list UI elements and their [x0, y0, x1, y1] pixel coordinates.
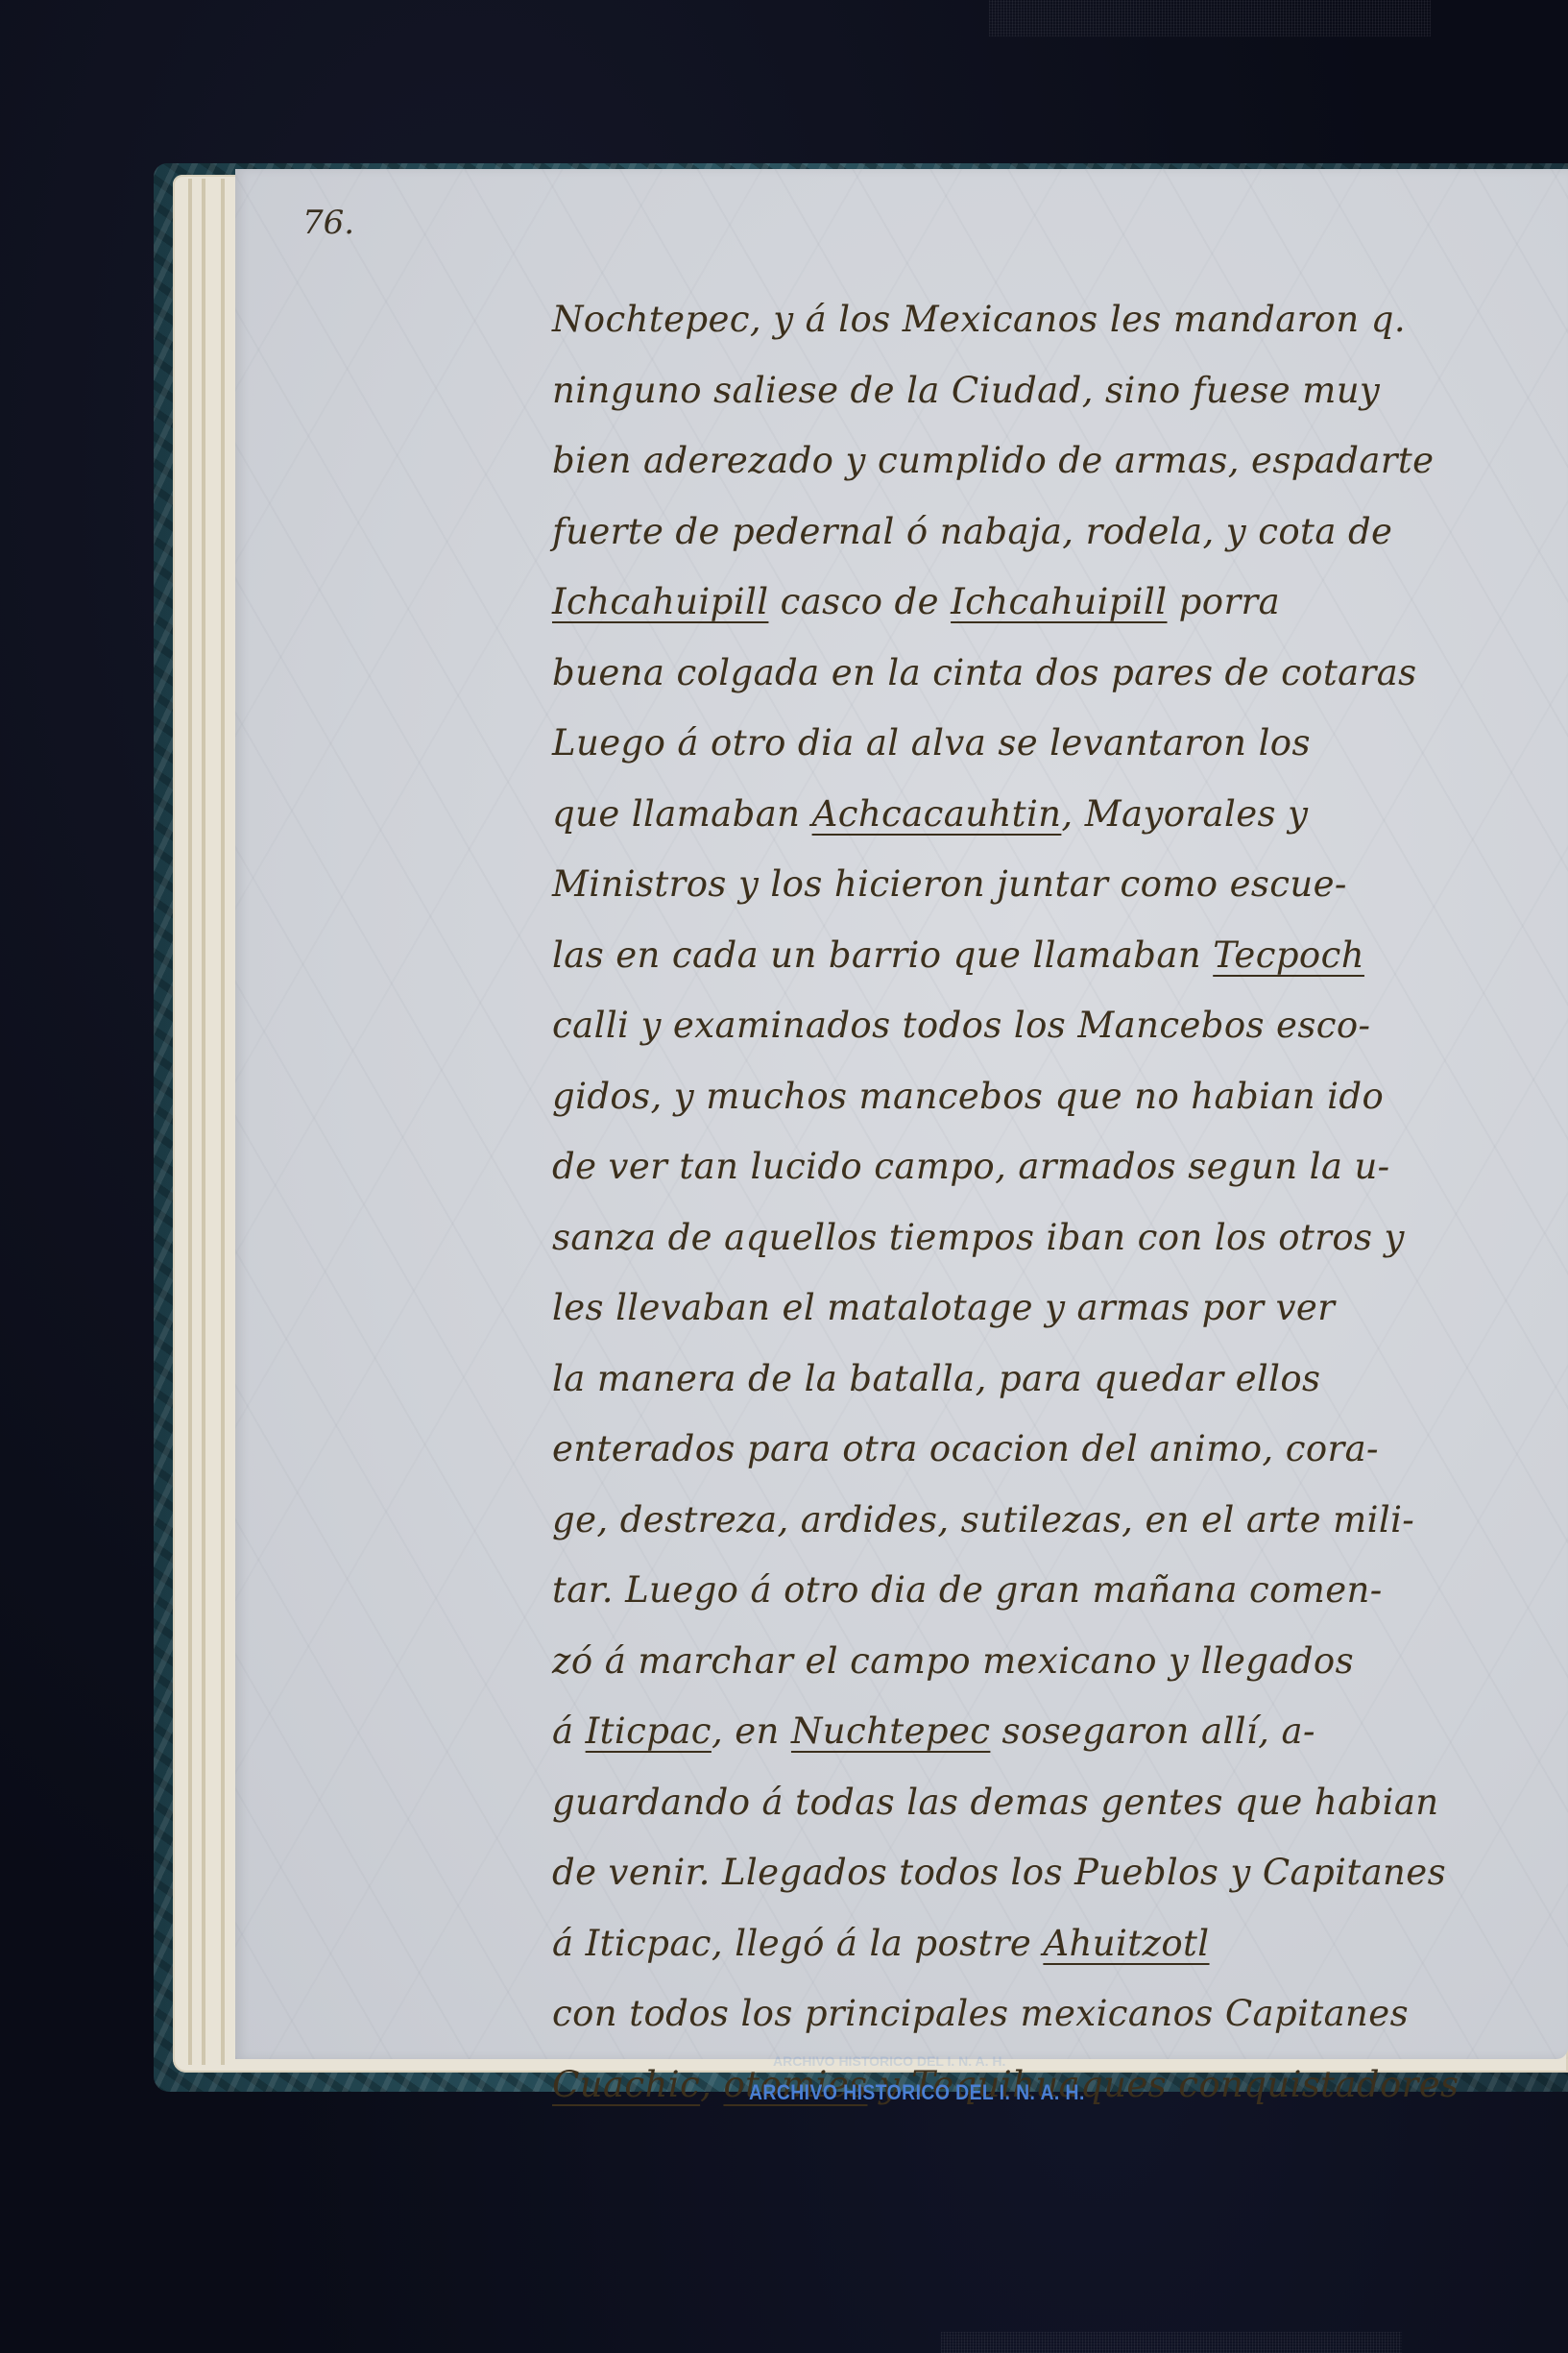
manuscript-line: calli y examinados todos los Mancebos es…	[552, 990, 1532, 1061]
manuscript-line: sanza de aquellos tiempos iban con los o…	[552, 1202, 1532, 1274]
text-segment: guardando á todas las demas gentes que h…	[552, 1782, 1439, 1823]
text-segment: , en	[712, 1710, 791, 1752]
manuscript-line: á Iticpac, llegó á la postre Ahuitzotl	[552, 1908, 1532, 1979]
handwritten-text-block: Nochtepec, y á los Mexicanos les mandaro…	[552, 284, 1532, 2120]
underlined-term: Tecpoch	[1213, 934, 1364, 976]
text-segment: sosegaron allí, a-	[990, 1710, 1315, 1752]
manuscript-line: Ichcahuipill casco de Ichcahuipill porra	[552, 567, 1532, 638]
manuscript-line: la manera de la batalla, para quedar ell…	[552, 1344, 1532, 1415]
text-segment: de venir. Llegados todos los Pueblos y C…	[552, 1852, 1446, 1893]
manuscript-page: 76. Nochtepec, y á los Mexicanos les man…	[235, 169, 1568, 2059]
text-segment: Luego á otro dia al alva se levantaron l…	[552, 722, 1311, 764]
text-segment: ge, destreza, ardides, sutilezas, en el …	[552, 1499, 1414, 1540]
text-segment: ninguno saliese de la Ciudad, sino fuese…	[552, 370, 1380, 411]
underlined-term: Cuachic	[552, 2064, 700, 2105]
text-segment: de ver tan lucido campo, armados segun l…	[552, 1146, 1390, 1187]
page-number: 76.	[302, 204, 354, 242]
text-segment: calli y examinados todos los Mancebos es…	[552, 1005, 1370, 1046]
manuscript-line: tar. Luego á otro dia de gran mañana com…	[552, 1555, 1532, 1626]
manuscript-line: con todos los principales mexicanos Capi…	[552, 1978, 1532, 2050]
manuscript-line: de venir. Llegados todos los Pueblos y C…	[552, 1837, 1532, 1908]
manuscript-line: guardando á todas las demas gentes que h…	[552, 1767, 1532, 1838]
text-segment: buena colgada en la cinta dos pares de c…	[552, 652, 1417, 693]
manuscript-line: las en cada un barrio que llamaban Tecpo…	[552, 920, 1532, 991]
text-segment: las en cada un barrio que llamaban	[552, 934, 1213, 976]
underlined-term: Ichcahuipill	[951, 581, 1167, 622]
manuscript-line: de ver tan lucido campo, armados segun l…	[552, 1131, 1532, 1202]
archive-stamp: ARCHIVO HISTORICO DEL I. N. A. H.	[749, 2080, 1085, 2105]
text-segment: gidos, y muchos mancebos que no habian i…	[552, 1076, 1384, 1117]
manuscript-line: fuerte de pedernal ó nabaja, rodela, y c…	[552, 497, 1532, 568]
text-segment: porra	[1168, 581, 1281, 622]
manuscript-line: ge, destreza, ardides, sutilezas, en el …	[552, 1485, 1532, 1556]
manuscript-line: Nochtepec, y á los Mexicanos les mandaro…	[552, 284, 1532, 355]
text-segment: fuerte de pedernal ó nabaja, rodela, y c…	[552, 511, 1392, 552]
page-edge	[221, 179, 225, 2065]
text-segment: que llamaban	[552, 793, 812, 835]
text-segment: les llevaban el matalotage y armas por v…	[552, 1287, 1335, 1328]
text-segment: la manera de la batalla, para quedar ell…	[552, 1358, 1320, 1399]
underlined-term: Ichcahuipill	[552, 581, 768, 622]
text-segment: Ministros y los hicieron juntar como esc…	[552, 863, 1347, 905]
text-segment: sanza de aquellos tiempos iban con los o…	[552, 1217, 1405, 1258]
manuscript-line: que llamaban Achcacauhtin, Mayorales y	[552, 779, 1532, 850]
page-edge	[202, 179, 205, 2065]
manuscript-line: ninguno saliese de la Ciudad, sino fuese…	[552, 355, 1532, 426]
faint-stamp-impression: ARCHIVO HISTORICO DEL I. N. A. H.	[773, 2053, 1005, 2069]
text-segment: con todos los principales mexicanos Capi…	[552, 1993, 1409, 2034]
text-segment: tar. Luego á otro dia de gran mañana com…	[552, 1569, 1383, 1611]
text-segment: á Iticpac, llegó á la postre	[552, 1923, 1043, 1964]
manuscript-line: Luego á otro dia al alva se levantaron l…	[552, 708, 1532, 779]
text-segment: bien aderezado y cumplido de armas, espa…	[552, 440, 1434, 481]
manuscript-line: buena colgada en la cinta dos pares de c…	[552, 638, 1532, 709]
underlined-term: Iticpac	[586, 1710, 712, 1752]
underlined-term: Achcacauhtin	[812, 793, 1062, 835]
text-segment: á	[552, 1710, 586, 1752]
manuscript-line: les llevaban el matalotage y armas por v…	[552, 1273, 1532, 1344]
page-edge	[188, 179, 192, 2065]
text-segment: Nochtepec, y á los Mexicanos les mandaro…	[552, 299, 1406, 340]
text-segment: ,	[700, 2064, 723, 2105]
manuscript-line: á Iticpac, en Nuchtepec sosegaron allí, …	[552, 1696, 1532, 1767]
manuscript-line: bien aderezado y cumplido de armas, espa…	[552, 425, 1532, 497]
underlined-term: Ahuitzotl	[1043, 1923, 1209, 1964]
text-segment: enterados para otra ocacion del animo, c…	[552, 1428, 1379, 1469]
manuscript-line: Ministros y los hicieron juntar como esc…	[552, 849, 1532, 920]
manuscript-line: enterados para otra ocacion del animo, c…	[552, 1414, 1532, 1485]
underlined-term: Nuchtepec	[791, 1710, 990, 1752]
text-segment: zó á marchar el campo mexicano y llegado…	[552, 1640, 1354, 1682]
mesh-fabric-top	[989, 0, 1431, 36]
text-segment: , Mayorales y	[1061, 793, 1308, 835]
manuscript-line: zó á marchar el campo mexicano y llegado…	[552, 1626, 1532, 1697]
text-segment: casco de	[768, 581, 951, 622]
manuscript-line: gidos, y muchos mancebos que no habian i…	[552, 1061, 1532, 1132]
mesh-fabric-bottom	[941, 2332, 1402, 2353]
